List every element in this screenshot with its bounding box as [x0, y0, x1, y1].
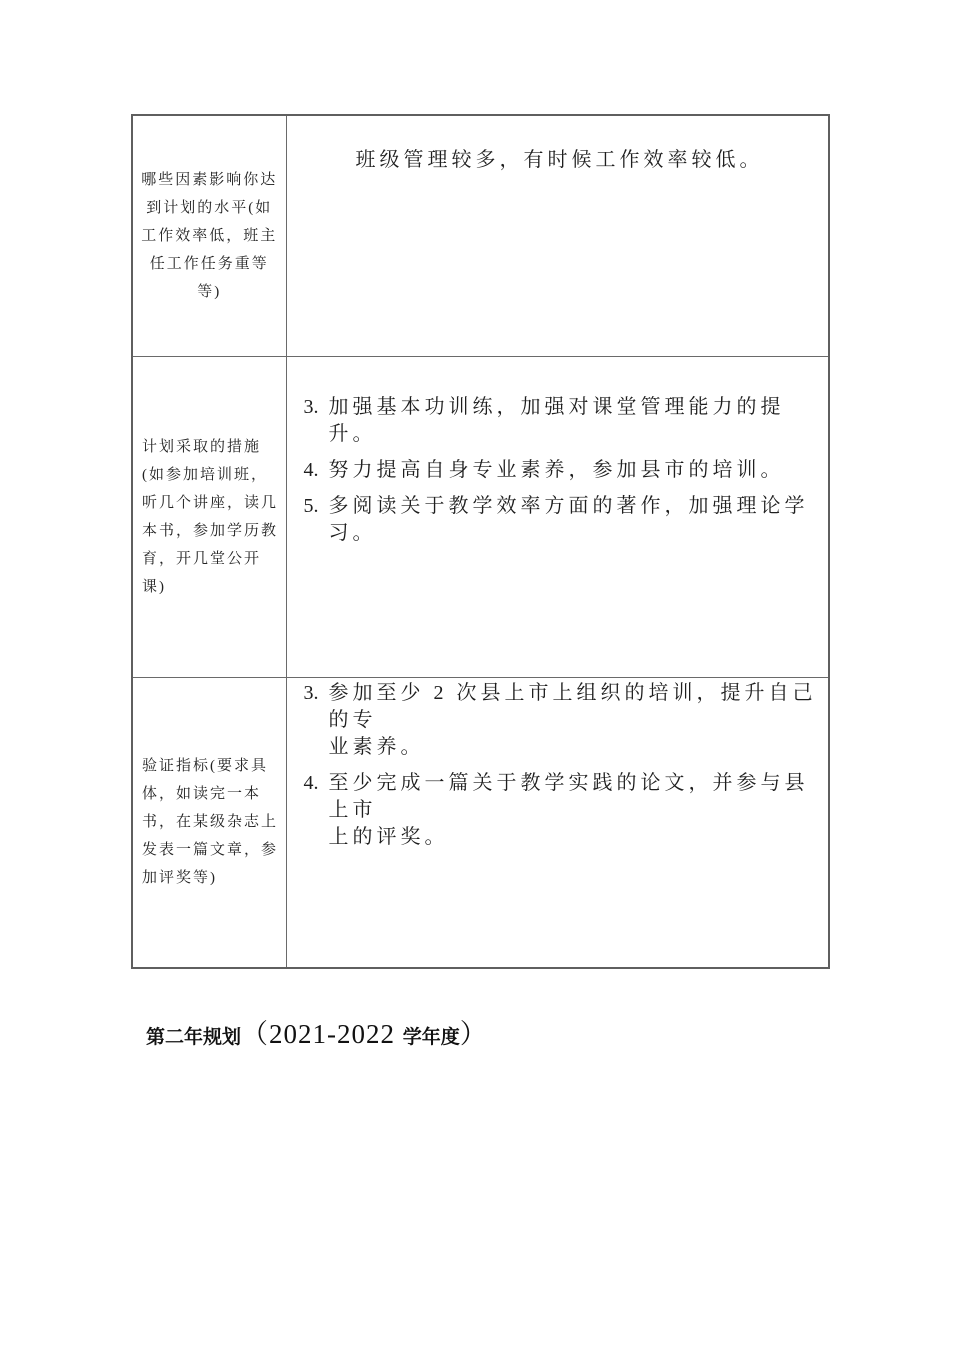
row-label: 计划采取的措施 (如参加培训班， 听几个讲座，读几 本书，参加学历教 育，开几堂…	[133, 433, 286, 601]
list-item: 4. 至少完成一篇关于教学实践的论文，并参与县上市 上的评奖。	[304, 770, 820, 851]
list-item: 4. 努力提高自身专业素养，参加县市的培训。	[304, 457, 820, 484]
list-item: 3. 加强基本功训练，加强对课堂管理能力的提升。	[304, 394, 820, 448]
list-item-text: 加强基本功训练，加强对课堂管理能力的提升。	[329, 394, 820, 448]
list-item-text: 参加至少 2 次县上市上组织的培训，提升自己的专 业素养。	[329, 680, 820, 761]
list-item: 3. 参加至少 2 次县上市上组织的培训，提升自己的专 业素养。	[304, 680, 820, 761]
document-page: 哪些因素影响你达 到计划的水平(如 工作效率低，班主 任工作任务重等 等) 班级…	[0, 0, 960, 1357]
list-item-number: 3.	[304, 394, 329, 421]
list-item-number: 4.	[304, 770, 329, 797]
content-cell-influence-factors: 班级管理较多，有时候工作效率较低。	[286, 115, 829, 356]
list-item-text: 多阅读关于教学效率方面的著作，加强理论学 习。	[329, 493, 820, 547]
content-cell-verification-indicators: 3. 参加至少 2 次县上市上组织的培训，提升自己的专 业素养。 4. 至少完成…	[286, 677, 829, 968]
list-item-text: 至少完成一篇关于教学实践的论文，并参与县上市 上的评奖。	[329, 770, 820, 851]
heading-close-paren: ）	[460, 1019, 488, 1049]
label-cell-verification-indicators: 验证指标(要求具 体，如读完一本 书，在某级杂志上 发表一篇文章，参 加评奖等)	[132, 677, 286, 968]
list-item-text: 努力提高自身专业素养，参加县市的培训。	[329, 457, 820, 484]
cell-content: 3. 参加至少 2 次县上市上组织的培训，提升自己的专 业素养。 4. 至少完成…	[287, 678, 829, 851]
list-item-number: 5.	[304, 493, 329, 520]
heading-title-text: 第二年规划	[146, 1027, 241, 1048]
cell-content: 3. 加强基本功训练，加强对课堂管理能力的提升。 4. 努力提高自身专业素养，参…	[287, 357, 829, 547]
row-label: 验证指标(要求具 体，如读完一本 书，在某级杂志上 发表一篇文章，参 加评奖等)	[133, 752, 286, 892]
list-item: 5. 多阅读关于教学效率方面的著作，加强理论学 习。	[304, 493, 820, 547]
list-item-number: 3.	[304, 680, 329, 707]
heading-academic-year-text: 学年度	[403, 1027, 460, 1048]
table-row-verification-indicators: 验证指标(要求具 体，如读完一本 书，在某级杂志上 发表一篇文章，参 加评奖等)…	[132, 677, 829, 968]
answer-paragraph: 班级管理较多，有时候工作效率较低。	[329, 147, 820, 174]
content-cell-planned-measures: 3. 加强基本功训练，加强对课堂管理能力的提升。 4. 努力提高自身专业素养，参…	[286, 356, 829, 677]
planning-table: 哪些因素影响你达 到计划的水平(如 工作效率低，班主 任工作任务重等 等) 班级…	[131, 114, 830, 969]
table-row-influence-factors: 哪些因素影响你达 到计划的水平(如 工作效率低，班主 任工作任务重等 等) 班级…	[132, 115, 829, 356]
row-label: 哪些因素影响你达 到计划的水平(如 工作效率低，班主 任工作任务重等 等)	[133, 166, 286, 306]
heading-year-range: （2021-2022	[241, 1019, 403, 1049]
list-item-number: 4.	[304, 457, 329, 484]
cell-content: 班级管理较多，有时候工作效率较低。	[287, 116, 829, 174]
label-cell-influence-factors: 哪些因素影响你达 到计划的水平(如 工作效率低，班主 任工作任务重等 等)	[132, 115, 286, 356]
table-row-planned-measures: 计划采取的措施 (如参加培训班， 听几个讲座，读几 本书，参加学历教 育，开几堂…	[132, 356, 829, 677]
section-heading-second-year-plan: 第二年规划（2021-2022 学年度）	[146, 1016, 488, 1057]
label-cell-planned-measures: 计划采取的措施 (如参加培训班， 听几个讲座，读几 本书，参加学历教 育，开几堂…	[132, 356, 286, 677]
